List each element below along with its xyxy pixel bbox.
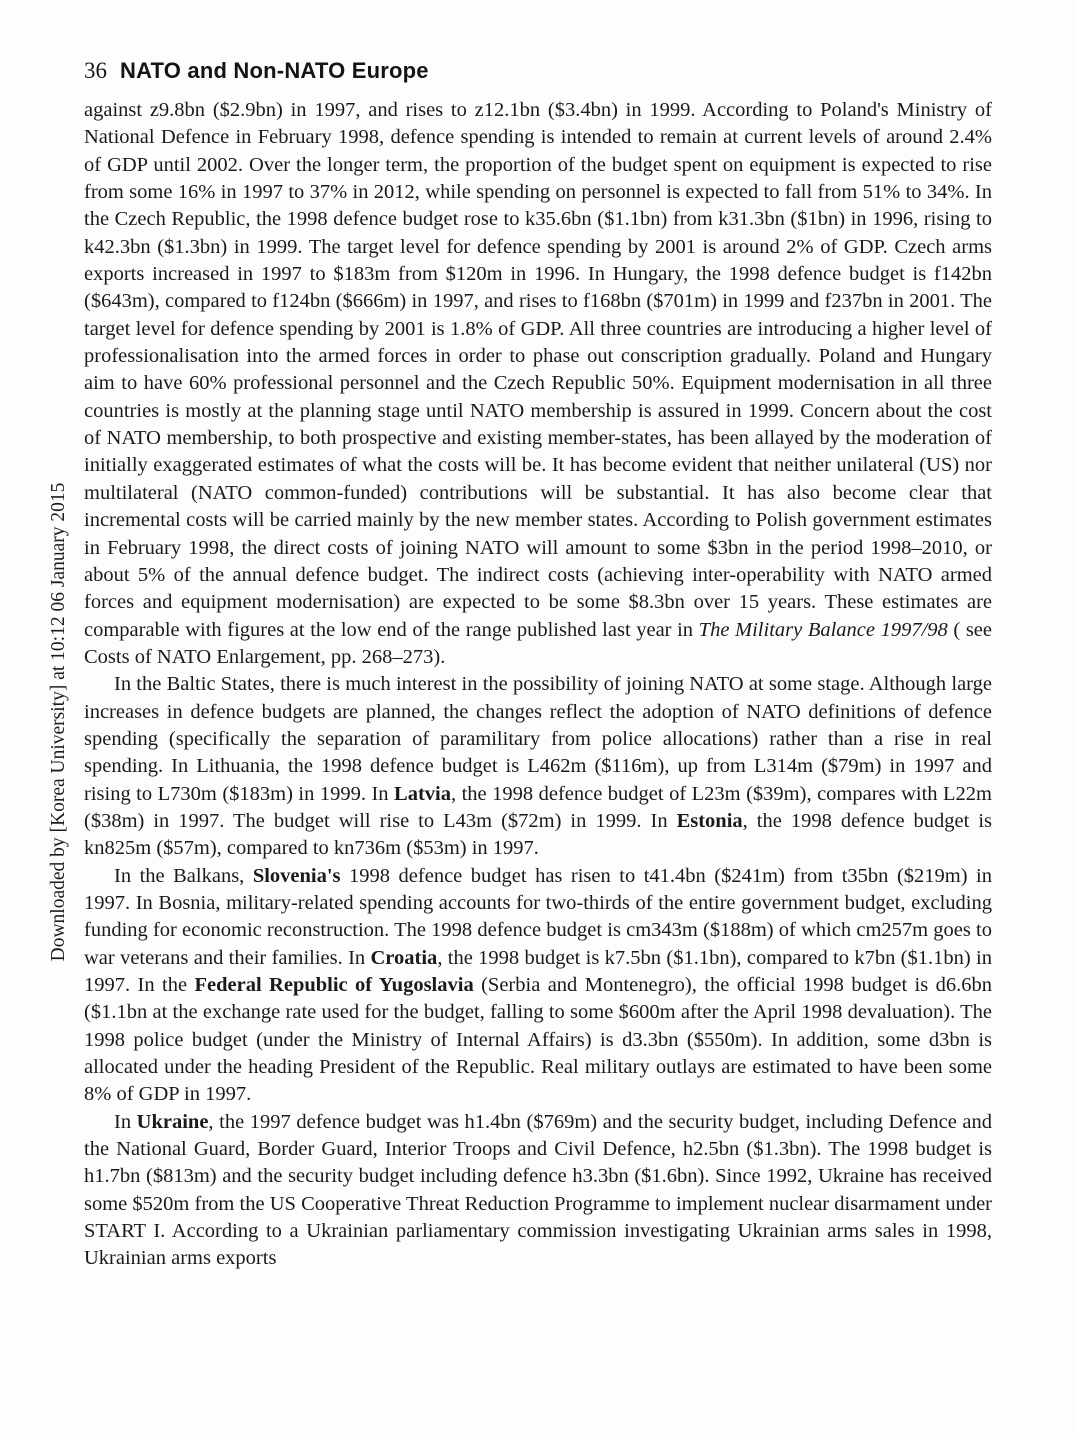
text-segment: Federal Republic of Yugoslavia bbox=[194, 974, 473, 996]
text-segment: Slovenia's bbox=[253, 865, 341, 887]
text-segment: Ukraine bbox=[137, 1111, 209, 1133]
text-segment: In bbox=[114, 1111, 137, 1133]
paragraph: In the Baltic States, there is much inte… bbox=[84, 671, 992, 862]
watermark-download-notice: Downloaded by [Korea University] at 10:1… bbox=[48, 483, 70, 962]
text-segment: The Military Balance 1997/98 bbox=[699, 619, 948, 641]
running-head: 36NATO and Non-NATO Europe bbox=[84, 58, 429, 84]
text-segment: Latvia bbox=[394, 783, 451, 805]
text-segment: against z9.8bn ($2.9bn) in 1997, and ris… bbox=[84, 99, 992, 641]
page-number: 36 bbox=[84, 58, 107, 83]
text-segment: , the 1997 defence budget was h1.4bn ($7… bbox=[84, 1111, 992, 1270]
paragraph: In the Balkans, Slovenia's 1998 defence … bbox=[84, 863, 992, 1109]
text-segment: Estonia bbox=[677, 810, 743, 832]
paragraph: In Ukraine, the 1997 defence budget was … bbox=[84, 1109, 992, 1273]
body-text: against z9.8bn ($2.9bn) in 1997, and ris… bbox=[84, 97, 992, 1273]
running-head-title: NATO and Non-NATO Europe bbox=[120, 58, 429, 83]
text-segment: In the Balkans, bbox=[114, 865, 253, 887]
paragraph: against z9.8bn ($2.9bn) in 1997, and ris… bbox=[84, 97, 992, 671]
text-segment: Croatia bbox=[371, 947, 438, 969]
scanned-book-page: 36NATO and Non-NATO Europe against z9.8b… bbox=[0, 0, 1077, 1438]
